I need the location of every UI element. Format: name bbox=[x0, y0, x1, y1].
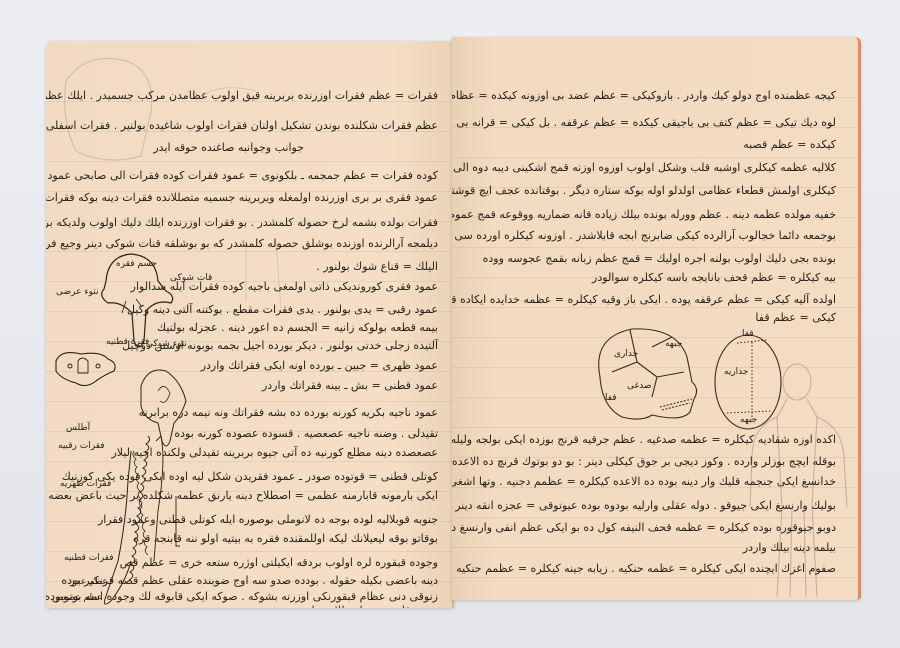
label-lumbar: فقرات قطنیه bbox=[64, 553, 114, 563]
label-cervical: فقرات رقبیه bbox=[58, 441, 105, 451]
left-page: فقرات = عظم فقرات اوزرنده بربرینه قیق او… bbox=[46, 41, 454, 608]
right-page: کیجه عظمنده اوج دولو کیك واردر . بازوکیک… bbox=[452, 37, 861, 600]
label-coccyx: عظم عصعص bbox=[52, 593, 102, 603]
label-atlas-column: آطلس bbox=[66, 423, 90, 433]
spine-column-drawing bbox=[46, 41, 454, 608]
skull-top-drawing bbox=[452, 37, 858, 600]
label-top-frontal: جبهه bbox=[740, 415, 757, 425]
label-top-parietal: جداریه bbox=[724, 367, 748, 377]
label-sacrum: عظم عجز bbox=[70, 577, 108, 587]
label-thoracic: فقرات ظهریه bbox=[60, 479, 111, 489]
label-top-occipital: قفا bbox=[742, 329, 754, 339]
